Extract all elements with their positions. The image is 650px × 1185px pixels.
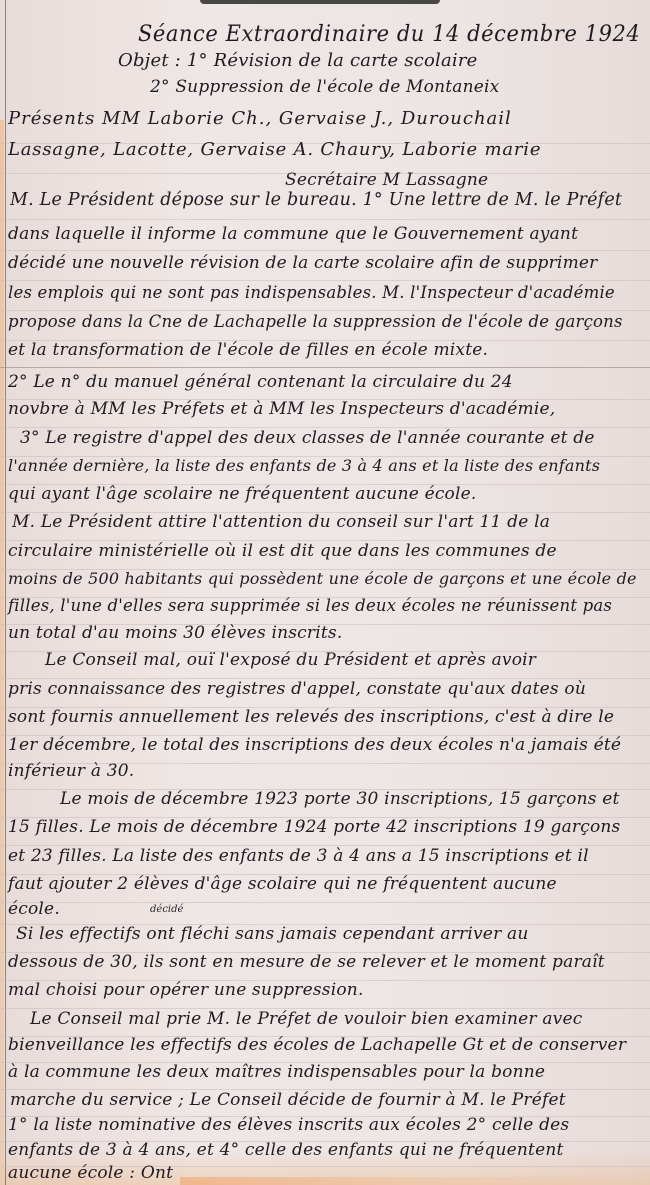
body-line: et la transformation de l'école de fille… bbox=[8, 340, 488, 360]
body-line: inférieur à 30. bbox=[8, 761, 134, 781]
ruled-line bbox=[0, 367, 650, 368]
body-line: bienveillance les effectifs des écoles d… bbox=[8, 1035, 626, 1055]
ruled-line bbox=[0, 902, 650, 903]
body-line: 2° Le n° du manuel général contenant la … bbox=[8, 372, 513, 392]
body-line: filles, l'une d'elles sera supprimée si … bbox=[8, 596, 612, 615]
body-line: pris connaissance des registres d'appel,… bbox=[8, 679, 586, 699]
body-line: moins de 500 habitants qui possèdent une… bbox=[8, 569, 637, 588]
body-line: Le Conseil mal, ouï l'exposé du Présiden… bbox=[45, 650, 536, 670]
object-line-2: 2° Suppression de l'école de Montaneix bbox=[150, 77, 499, 97]
binding-shadow bbox=[200, 0, 440, 4]
present-members-line-1: Présents MM Laborie Ch., Gervaise J., Du… bbox=[8, 108, 512, 129]
ruled-line bbox=[0, 310, 650, 311]
body-line: qui ayant l'âge scolaire ne fréquentent … bbox=[8, 484, 477, 504]
body-line: et 23 filles. La liste des enfants de 3 … bbox=[8, 846, 589, 866]
body-line: sont fournis annuellement les relevés de… bbox=[8, 707, 614, 727]
body-line: 3° Le registre d'appel des deux classes … bbox=[20, 428, 595, 448]
meeting-title: Séance Extraordinaire du 14 décembre 192… bbox=[138, 22, 640, 47]
body-line: enfants de 3 à 4 ans, et 4° celle des en… bbox=[8, 1140, 564, 1160]
body-line: à la commune les deux maîtres indispensa… bbox=[8, 1062, 545, 1082]
body-line: dans laquelle il informe la commune que … bbox=[8, 224, 578, 244]
body-line: Le mois de décembre 1923 porte 30 inscri… bbox=[60, 789, 620, 809]
body-line: 15 filles. Le mois de décembre 1924 port… bbox=[8, 817, 620, 837]
body-line: propose dans la Cne de Lachapelle la sup… bbox=[8, 312, 623, 331]
present-members-line-2: Lassagne, Lacotte, Gervaise A. Chaury, L… bbox=[8, 139, 541, 160]
body-line: M. Le Président dépose sur le bureau. 1°… bbox=[10, 190, 622, 210]
body-line: Le Conseil mal prie M. le Préfet de voul… bbox=[30, 1009, 582, 1029]
ruled-line bbox=[0, 280, 650, 281]
ruled-line bbox=[0, 250, 650, 251]
body-line: dessous de 30, ils sont en mesure de se … bbox=[8, 952, 605, 972]
interlinear-correction: décidé bbox=[150, 904, 183, 915]
scanned-page: Séance Extraordinaire du 14 décembre 192… bbox=[0, 0, 650, 1185]
body-line: mal choisi pour opérer une suppression. bbox=[8, 980, 364, 1000]
body-line: l'année dernière, la liste des enfants d… bbox=[8, 456, 600, 475]
body-line: un total d'au moins 30 élèves inscrits. bbox=[8, 623, 342, 643]
body-line: novbre à MM les Préfets et à MM les Insp… bbox=[8, 399, 555, 419]
body-line: les emplois qui ne sont pas indispensabl… bbox=[8, 283, 615, 302]
ruled-line bbox=[0, 219, 650, 220]
object-line-1: Objet : 1° Révision de la carte scolaire bbox=[118, 50, 478, 71]
body-line: circulaire ministérielle où il est dit q… bbox=[8, 541, 557, 561]
page-edge-bottom bbox=[180, 1177, 650, 1185]
body-line: décidé une nouvelle révision de la carte… bbox=[8, 253, 597, 273]
body-line: marche du service ; Le Conseil décide de… bbox=[10, 1090, 566, 1110]
body-line: 1° la liste nominative des élèves inscri… bbox=[8, 1115, 569, 1135]
body-line: école. bbox=[8, 899, 60, 919]
body-line: faut ajouter 2 élèves d'âge scolaire qui… bbox=[8, 874, 557, 894]
body-line: M. Le Président attire l'attention du co… bbox=[12, 512, 550, 532]
secretary-line: Secrétaire M Lassagne bbox=[285, 170, 488, 190]
body-line: Si les effectifs ont fléchi sans jamais … bbox=[16, 924, 529, 944]
body-line: aucune école : Ont bbox=[8, 1163, 173, 1183]
body-line: 1er décembre, le total des inscriptions … bbox=[8, 735, 621, 755]
